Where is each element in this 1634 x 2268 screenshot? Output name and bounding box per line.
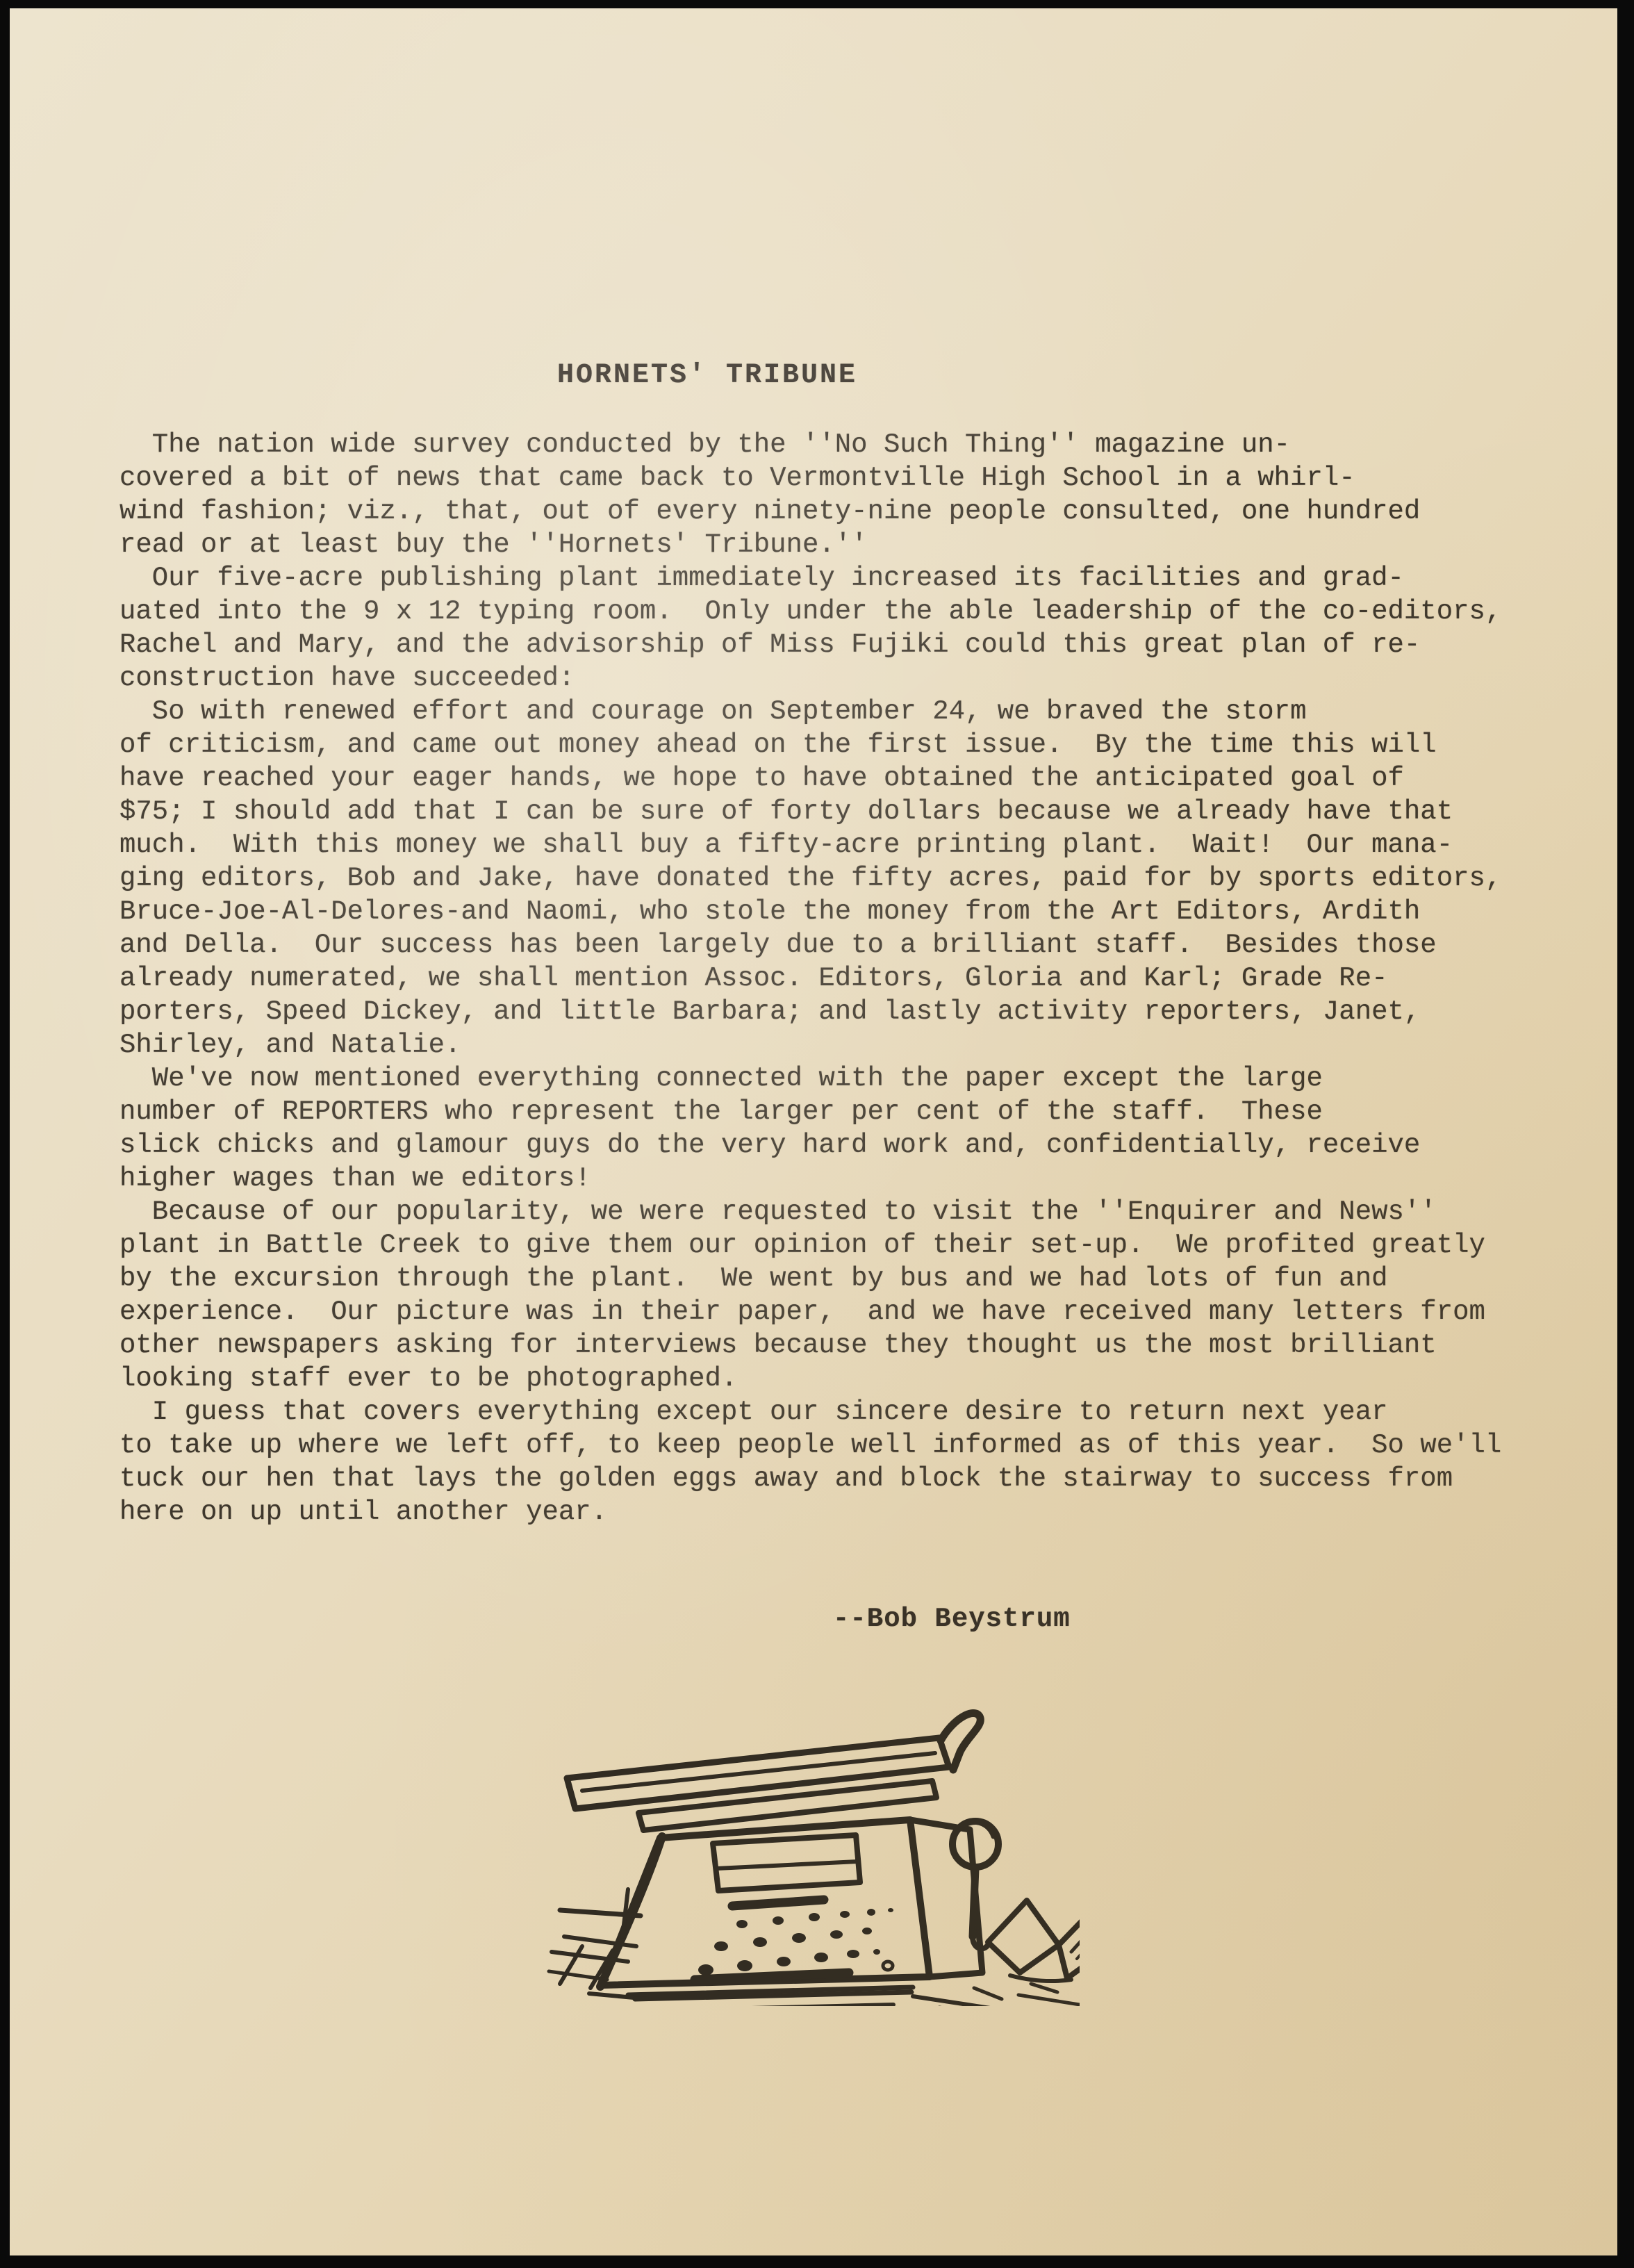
paper-page: HORNETS' TRIBUNE The nation wide survey … [10, 8, 1617, 2255]
author-signature: --Bob Beystrum [833, 1604, 1071, 1634]
paragraph-6: I guess that covers everything except ou… [119, 1395, 1537, 1529]
paragraph-4: We've now mentioned everything connected… [119, 1062, 1537, 1195]
paragraph-5: Because of our popularity, we were reque… [119, 1195, 1537, 1395]
paragraph-3: So with renewed effort and courage on Se… [119, 695, 1537, 1062]
page-title: HORNETS' TRIBUNE [557, 360, 857, 391]
article-body: The nation wide survey conducted by the … [119, 428, 1537, 1529]
paragraph-1: The nation wide survey conducted by the … [119, 428, 1537, 561]
typewriter-illustration-icon [524, 1707, 1080, 2006]
paragraph-2: Our five-acre publishing plant immediate… [119, 561, 1537, 695]
scanned-document: HORNETS' TRIBUNE The nation wide survey … [0, 0, 1634, 2268]
